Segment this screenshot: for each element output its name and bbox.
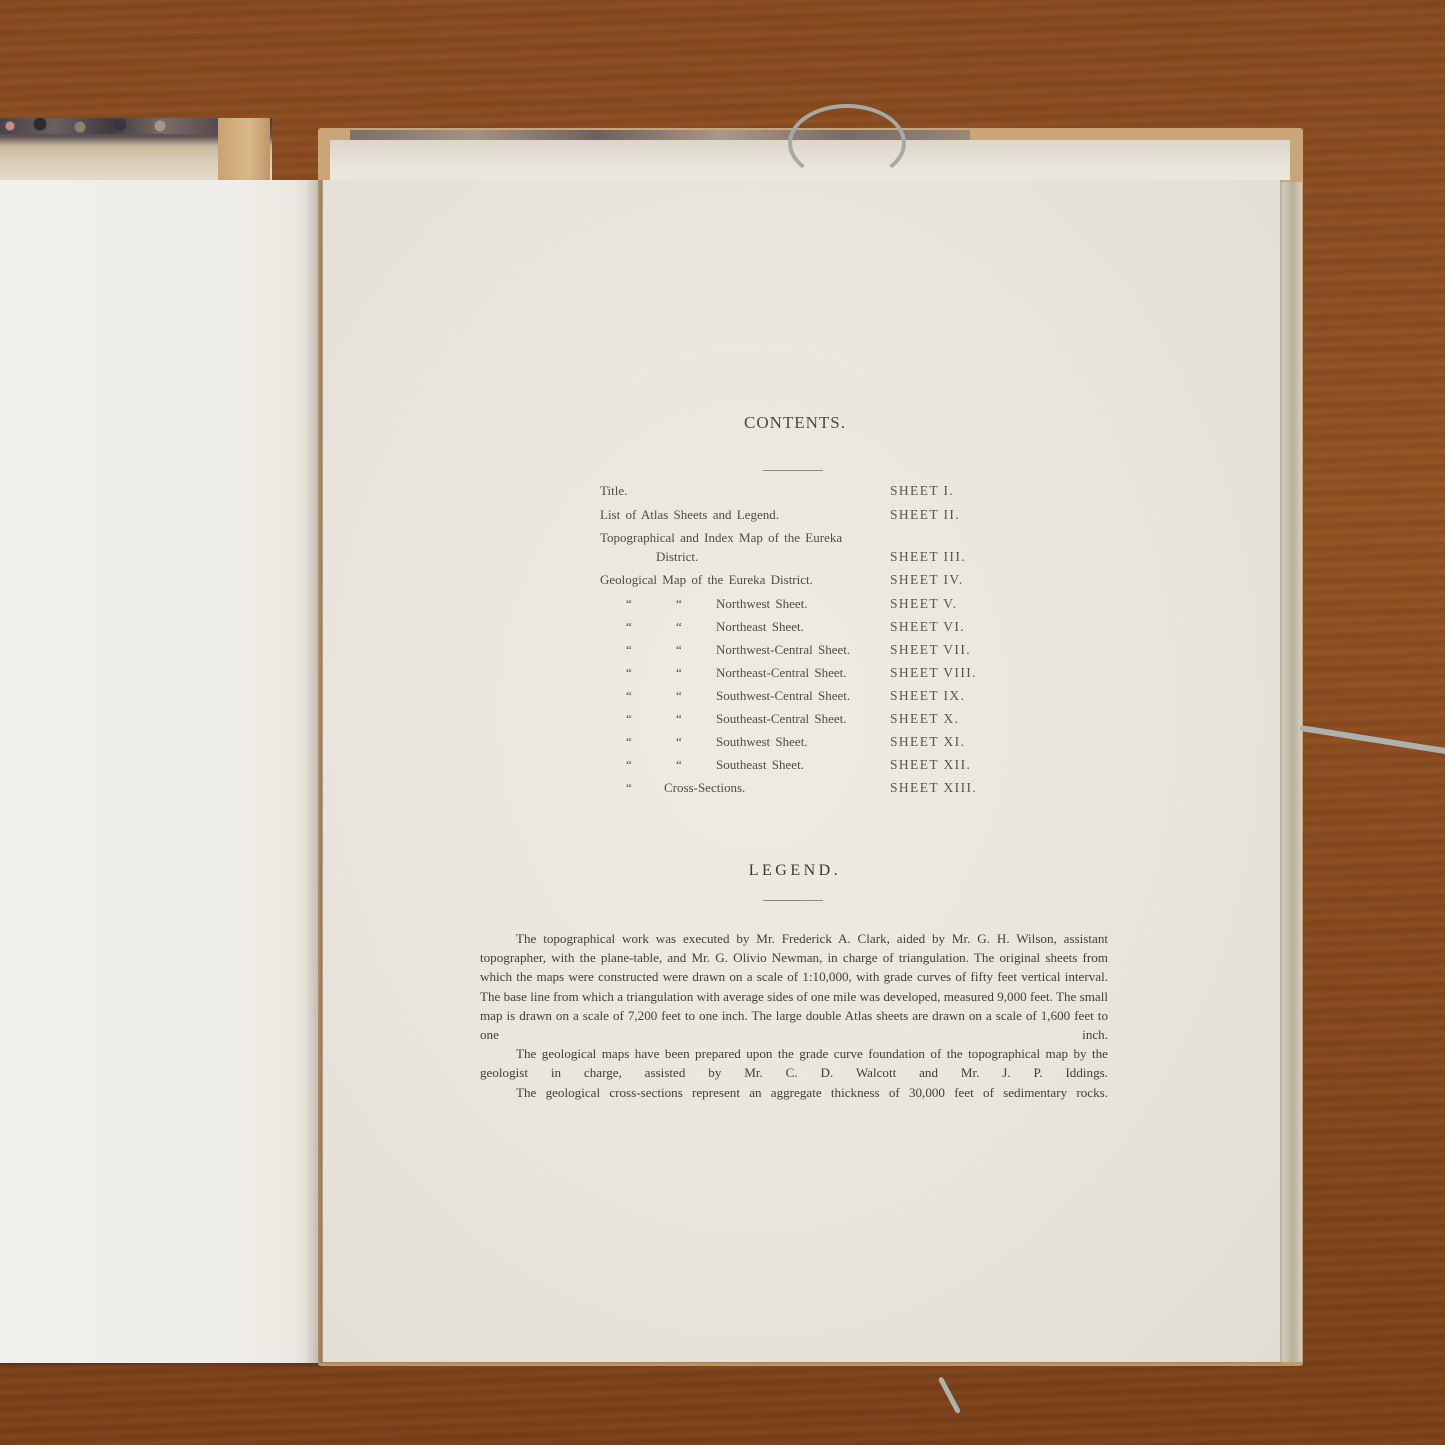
ditto-mark: “ xyxy=(626,734,632,750)
contents-row: ““Southwest-Central Sheet.SHEET IX. xyxy=(600,688,1020,708)
ditto-mark: “ xyxy=(626,619,632,635)
sheet-number: SHEET XIII. xyxy=(890,780,977,796)
contents-entry-label: Southeast-Central Sheet. xyxy=(716,711,847,727)
sheet-number: SHEET XI. xyxy=(890,734,965,750)
contents-heading: CONTENTS. xyxy=(650,413,940,433)
sheet-number: SHEET IV. xyxy=(890,572,964,588)
sheet-number: SHEET IX. xyxy=(890,688,965,704)
sheet-number: SHEET XII. xyxy=(890,757,971,773)
contents-row: ““Northeast-Central Sheet.SHEET VIII. xyxy=(600,665,1020,685)
contents-entry-label: Southeast Sheet. xyxy=(716,757,804,773)
sheet-number: SHEET VIII. xyxy=(890,665,977,681)
contents-entry-label: Northwest-Central Sheet. xyxy=(716,642,850,658)
sheet-number: SHEET VI. xyxy=(890,619,965,635)
marbled-paper-edge xyxy=(0,118,220,134)
contents-entry-label: List of Atlas Sheets and Legend. xyxy=(600,507,779,523)
contents-row: List of Atlas Sheets and Legend.SHEET II… xyxy=(600,507,1020,527)
contents-entry-label: Cross-Sections. xyxy=(664,780,745,796)
contents-entry-label: Northwest Sheet. xyxy=(716,596,808,612)
contents-entry-label: Title. xyxy=(600,483,627,499)
contents-row: ““Northwest-Central Sheet.SHEET VII. xyxy=(600,642,1020,662)
contents-entry-label: Northeast-Central Sheet. xyxy=(716,665,847,681)
ditto-mark: “ xyxy=(626,688,632,704)
ditto-mark: “ xyxy=(626,665,632,681)
ditto-mark: “ xyxy=(676,642,682,658)
legend-paragraph: The geological cross-sections represent … xyxy=(480,1083,1108,1102)
ditto-mark: “ xyxy=(626,642,632,658)
contents-entry-label: Northeast Sheet. xyxy=(716,619,804,635)
contents-entry-label: Topographical and Index Map of the Eurek… xyxy=(600,530,842,546)
contents-entry-label: Southwest-Central Sheet. xyxy=(716,688,850,704)
legend-heading: LEGEND. xyxy=(650,862,940,880)
ditto-mark: “ xyxy=(626,757,632,773)
sheet-number: SHEET III. xyxy=(890,549,966,565)
contents-rule xyxy=(763,470,823,471)
ditto-mark: “ xyxy=(676,711,682,727)
ditto-mark: “ xyxy=(676,596,682,612)
binding-string-right xyxy=(1300,725,1445,756)
contents-row: ““Southeast Sheet.SHEET XII. xyxy=(600,757,1020,777)
ditto-mark: “ xyxy=(676,734,682,750)
contents-row: Topographical and Index Map of the Eurek… xyxy=(600,530,1020,550)
contents-entry-label: Geological Map of the Eureka District. xyxy=(600,572,813,588)
contents-row: ““Northeast Sheet.SHEET VI. xyxy=(600,619,1020,639)
ditto-mark: “ xyxy=(676,619,682,635)
contents-row: ““Southeast-Central Sheet.SHEET X. xyxy=(600,711,1020,731)
sheet-number: SHEET I. xyxy=(890,483,954,499)
ditto-mark: “ xyxy=(626,596,632,612)
ditto-mark: “ xyxy=(626,711,632,727)
binding-string-top xyxy=(788,104,906,182)
legend-paragraph: The topographical work was executed by M… xyxy=(480,929,1108,1044)
contents-row: Geological Map of the Eureka District.SH… xyxy=(600,572,1020,592)
sheet-number: SHEET V. xyxy=(890,596,957,612)
legend-text: The topographical work was executed by M… xyxy=(480,929,1108,1102)
ditto-mark: “ xyxy=(676,665,682,681)
sheet-number: SHEET X. xyxy=(890,711,959,727)
ditto-mark: “ xyxy=(676,688,682,704)
contents-row: Title.SHEET I. xyxy=(600,483,1020,503)
sheet-number: SHEET VII. xyxy=(890,642,971,658)
contents-entry-label: District. xyxy=(656,549,698,565)
binding-string-bottom xyxy=(938,1376,961,1414)
contents-row: ““Northwest Sheet.SHEET V. xyxy=(600,596,1020,616)
legend-rule xyxy=(763,900,823,901)
ditto-mark: “ xyxy=(626,780,632,796)
left-blank-page xyxy=(0,180,320,1363)
book-gutter xyxy=(305,180,323,1363)
ditto-mark: “ xyxy=(676,757,682,773)
contents-row: ““Southwest Sheet.SHEET XI. xyxy=(600,734,1020,754)
sheet-number: SHEET II. xyxy=(890,507,960,523)
leather-corner xyxy=(218,118,270,182)
contents-entry-label: Southwest Sheet. xyxy=(716,734,808,750)
legend-paragraph: The geological maps have been prepared u… xyxy=(480,1044,1108,1082)
contents-row: “Cross-Sections.SHEET XIII. xyxy=(600,780,1020,800)
contents-row: District.SHEET III. xyxy=(600,549,1020,569)
